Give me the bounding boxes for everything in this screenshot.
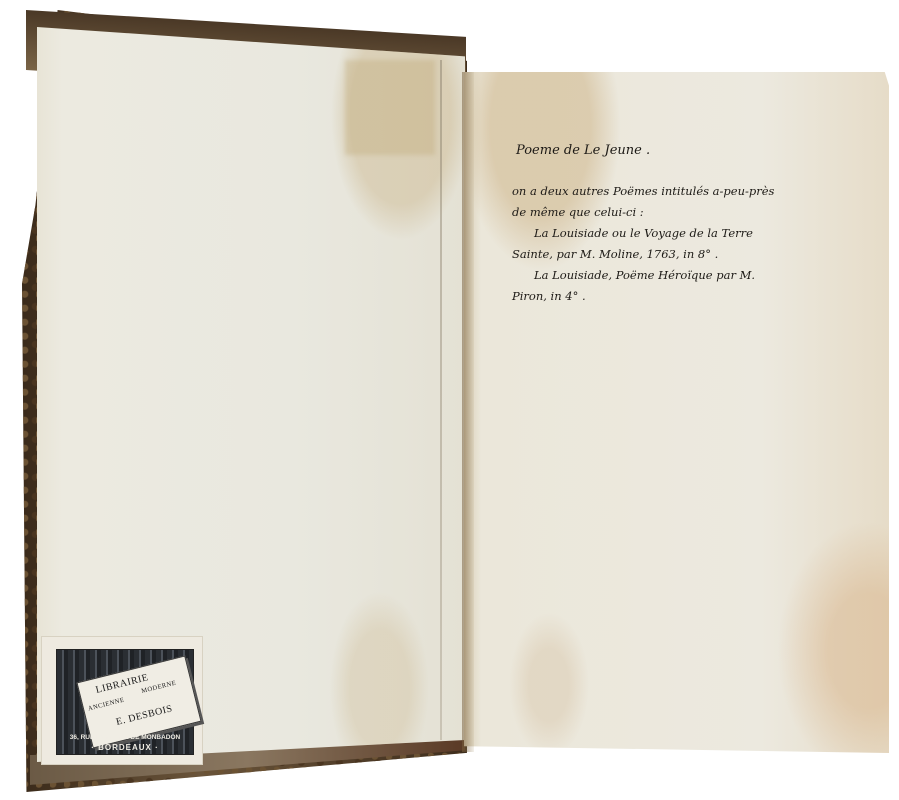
note-line: Sainte, par M. Moline, 1763, in 8° . xyxy=(512,244,852,265)
hinge-crack xyxy=(440,60,442,740)
handwritten-note: Poeme de Le Jeune . on a deux autres Poë… xyxy=(512,140,852,307)
note-line: La Louisiade ou le Voyage de la Terre xyxy=(512,223,852,244)
gutter-shadow xyxy=(462,72,474,752)
note-line: Piron, in 4° . xyxy=(512,286,852,307)
label-engraving: LIBRAIRIE ANCIENNE MODERNE E. DESBOIS 36… xyxy=(56,649,194,755)
bookseller-label: LIBRAIRIE ANCIENNE MODERNE E. DESBOIS 36… xyxy=(42,637,202,764)
note-line: on a deux autres Poëmes intitulés a-peu-… xyxy=(512,181,852,202)
note-line: La Louisiade, Poëme Héroïque par M. xyxy=(512,265,852,286)
note-title: Poeme de Le Jeune . xyxy=(516,140,852,161)
label-city: · BORDEAUX · xyxy=(57,743,193,752)
note-line: de même que celui-ci : xyxy=(512,202,852,223)
label-line2-left: ANCIENNE xyxy=(87,697,125,713)
foxing-stain xyxy=(345,60,435,155)
label-name: E. DESBOIS xyxy=(115,703,174,728)
label-address: 36, RUE LAFAURIE DE MONBADON xyxy=(57,734,193,741)
